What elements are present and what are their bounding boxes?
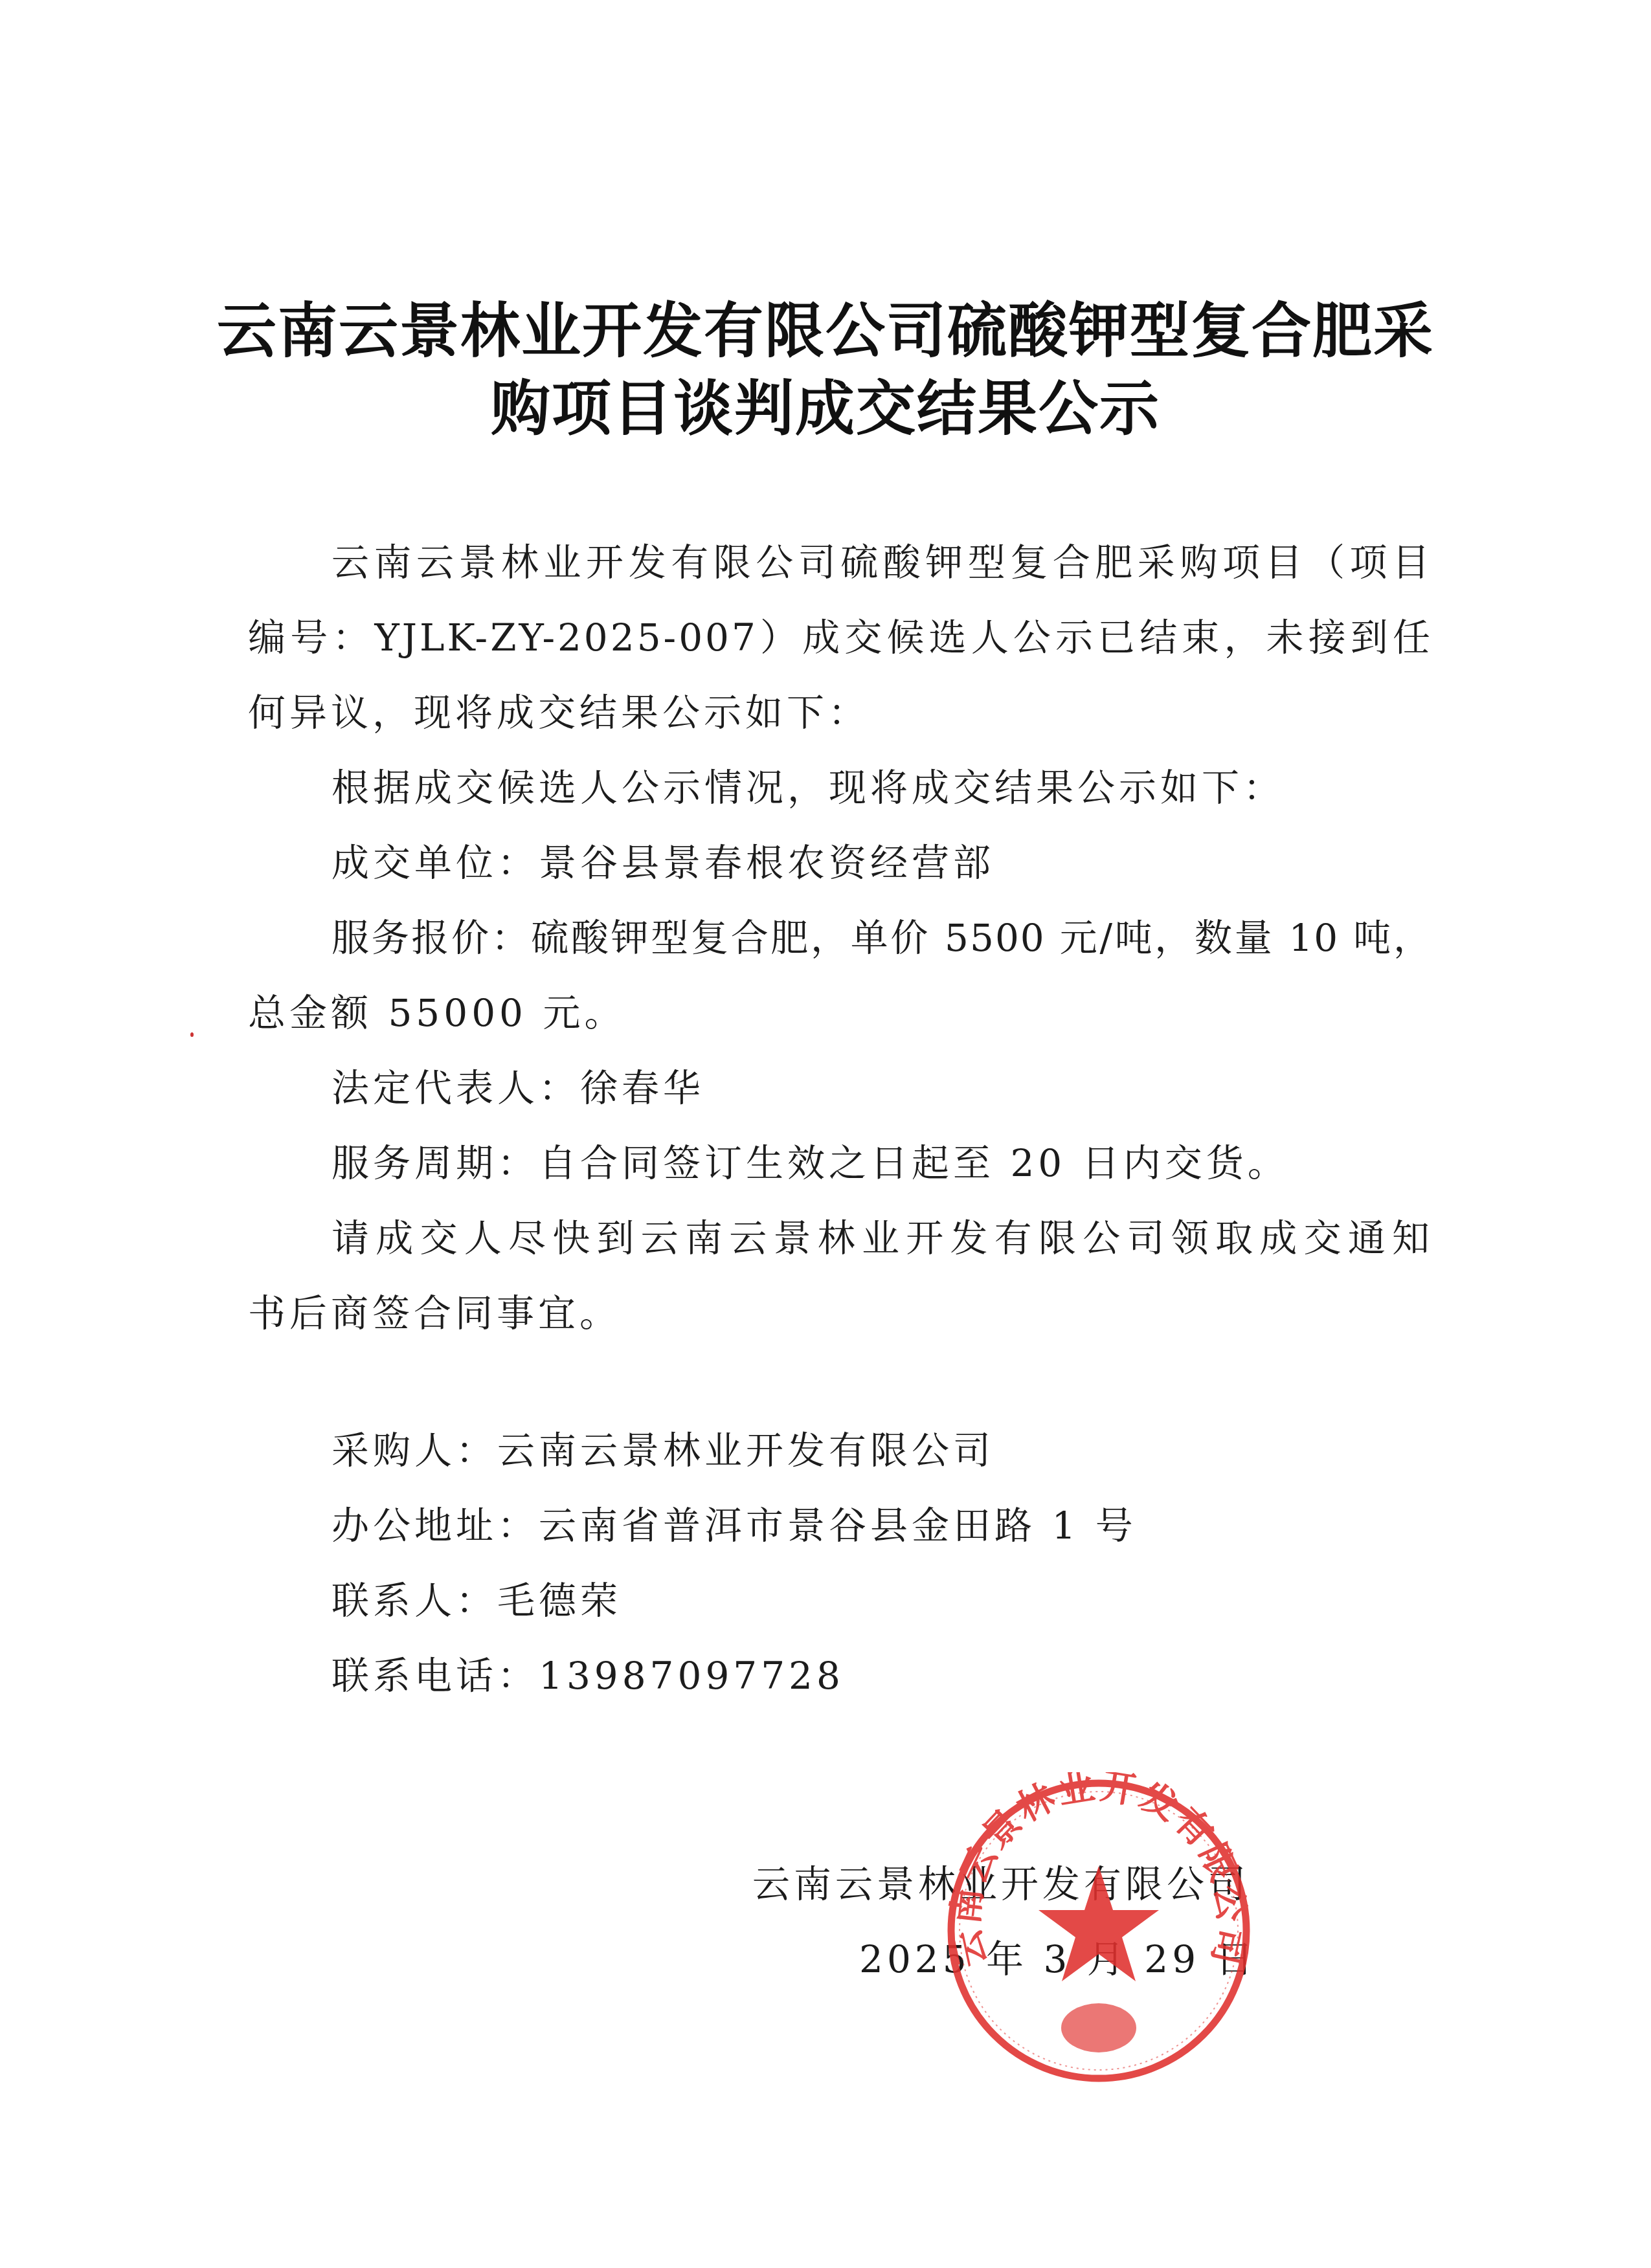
- intro-line-1: 云南云景林业开发有限公司硫酸钾型复合肥采购项目（项目: [331, 544, 1432, 581]
- contact-person: 联系人：毛德荣: [331, 1582, 622, 1619]
- intro-line-2: 编号：YJLK-ZY-2025-007）成交候选人公示已结束，未接到任: [248, 619, 1433, 656]
- quote-line-2: 总金额 55000 元。: [248, 994, 625, 1032]
- scan-artifact: [190, 1032, 194, 1037]
- service-period: 服务周期：自合同签订生效之日起至 20 日内交货。: [331, 1144, 1289, 1182]
- signature-company: 云南云景林业开发有限公司: [752, 1865, 1250, 1903]
- document-title-line-2: 购项目谈判成交结果公示: [0, 379, 1651, 439]
- notice-line-1: 请成交人尽快到云南云景林业开发有限公司领取成交通知: [331, 1219, 1432, 1257]
- office-address: 办公地址：云南省普洱市景谷县金田路 1 号: [331, 1507, 1137, 1544]
- contact-phone: 联系电话：13987097728: [331, 1657, 844, 1695]
- signature-date: 2025 年 3 月 29 日: [859, 1940, 1257, 1978]
- basis-statement: 根据成交候选人公示情况，现将成交结果公示如下：: [331, 769, 1285, 806]
- notice-line-2: 书后商签合同事宜。: [248, 1295, 621, 1332]
- company-seal-icon: 云南云景林业开发有限公司: [940, 1772, 1257, 2089]
- document-title-line-1: 云南云景林业开发有限公司硫酸钾型复合肥采: [0, 302, 1651, 361]
- purchaser: 采购人：云南云景林业开发有限公司: [331, 1432, 994, 1469]
- quote-line-1: 服务报价：硫酸钾型复合肥，单价 5500 元/吨，数量 10 吨，: [331, 919, 1432, 957]
- winning-bidder: 成交单位：景谷县景春根农资经营部: [331, 844, 994, 882]
- intro-line-3: 何异议，现将成交结果公示如下：: [248, 694, 870, 731]
- legal-representative: 法定代表人：徐春华: [331, 1069, 704, 1107]
